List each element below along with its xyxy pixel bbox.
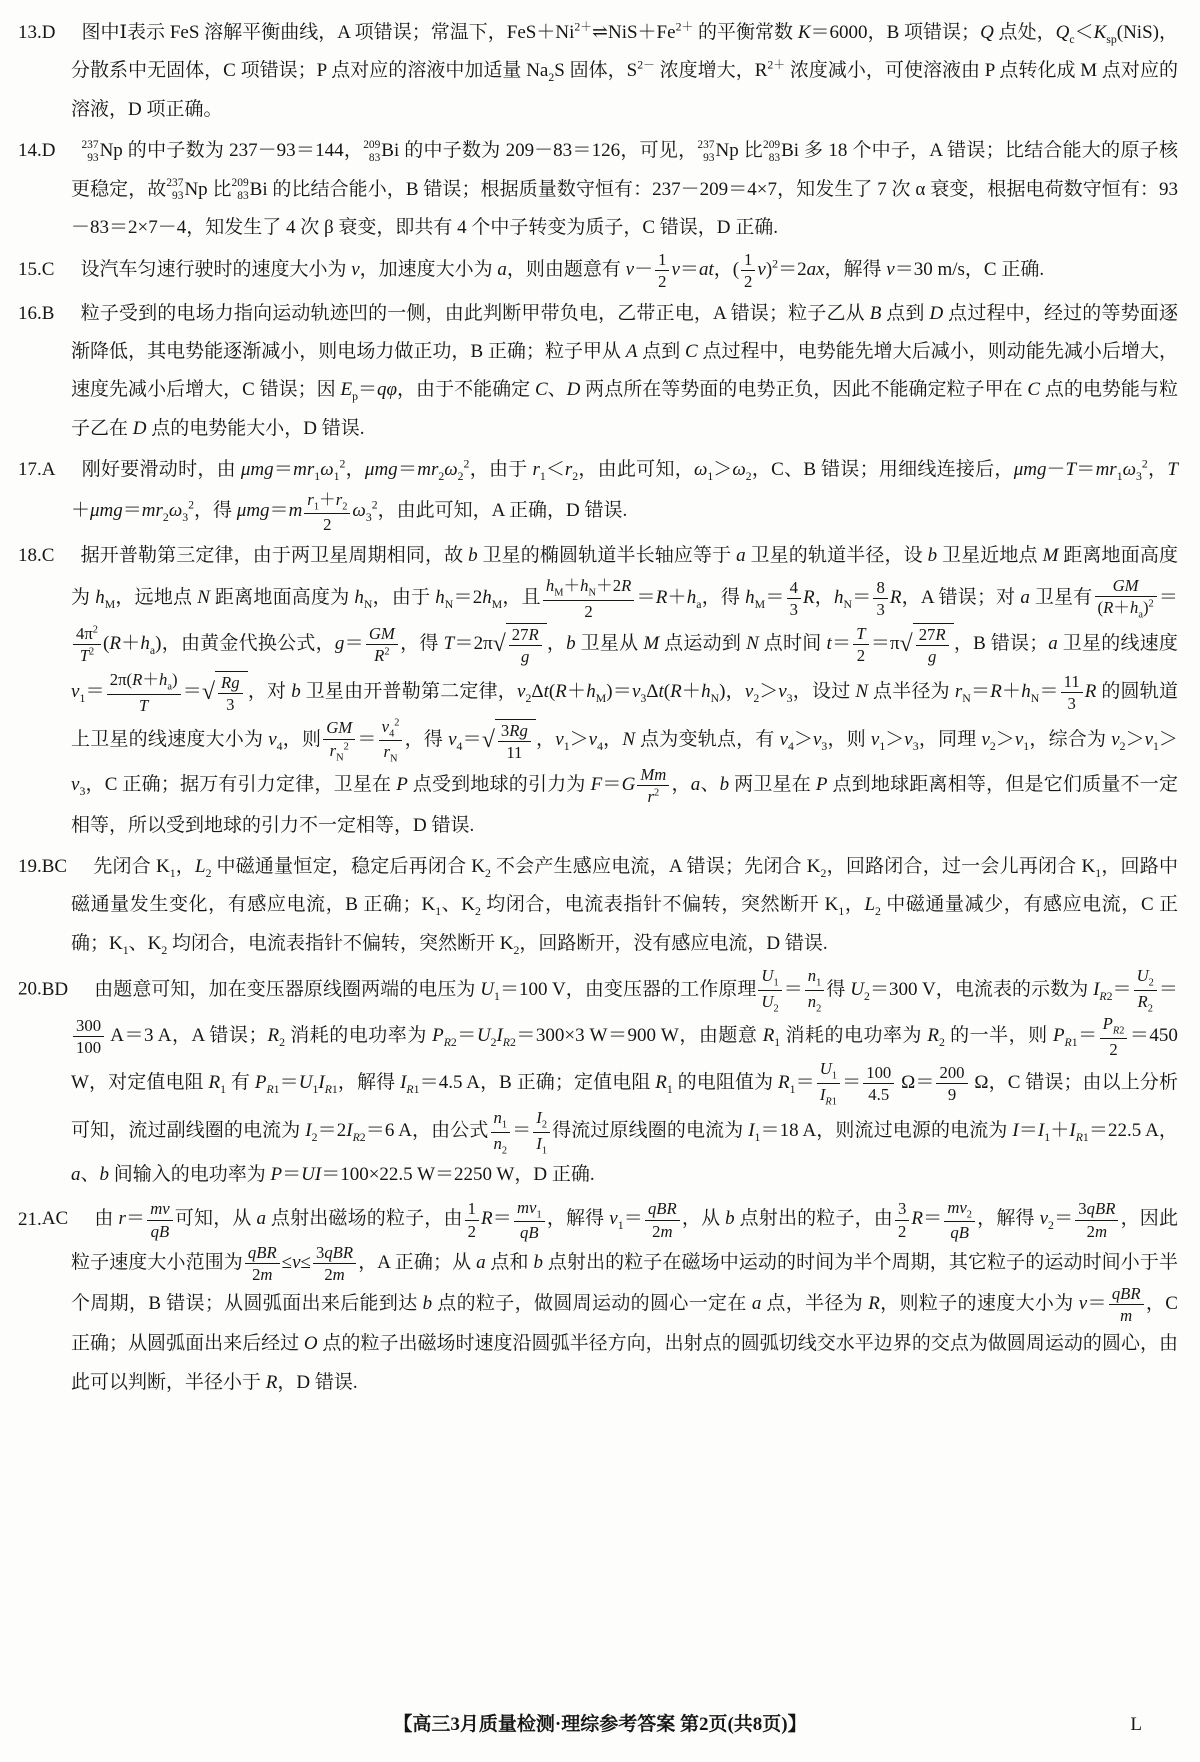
question-number: 14. [18, 140, 42, 161]
answer-explanation: 图中Ⅰ表示 FeS 溶解平衡曲线，A 项错误；常温下，FeS＋Ni2＋⇌NiS＋… [71, 22, 1178, 120]
answer-letter: D [42, 22, 56, 43]
answer-explanation: 据开普勒第三定律，由于两卫星周期相同，故 b 卫星的椭圆轨道半长轴应等于 a 卫… [71, 545, 1178, 835]
question-number: 19. [18, 856, 42, 877]
answer-item-15: 15.C设汽车匀速行驶时的速度大小为 v，加速度大小为 a，则由题意有 v－12… [18, 250, 1178, 291]
page-corner-mark: L [1130, 1714, 1142, 1736]
answer-explanation: 设汽车匀速行驶时的速度大小为 v，加速度大小为 a，则由题意有 v－12v＝at… [80, 259, 1044, 280]
answer-letter: C [42, 545, 55, 566]
question-number: 16. [18, 303, 42, 324]
question-number: 21. [18, 1208, 42, 1229]
answer-explanation: 粒子受到的电场力指向运动轨迹凹的一侧，由此判断甲带负电，乙带正电，A 错误；粒子… [71, 303, 1178, 439]
answer-explanation: 由 r＝mvqB可知，从 a 点射出磁场的粒子，由12R＝mv1qB，解得 v1… [71, 1208, 1178, 1392]
answer-explanation: 23793Np 的中子数为 237－93＝144，20983Bi 的中子数为 2… [71, 140, 1178, 238]
answers-list: 13.D图中Ⅰ表示 FeS 溶解平衡曲线，A 项错误；常温下，FeS＋Ni2＋⇌… [0, 0, 1200, 1402]
answer-letter: BD [42, 979, 68, 1000]
answer-letter: BC [42, 856, 67, 877]
answer-item-16: 16.B粒子受到的电场力指向运动轨迹凹的一侧，由此判断甲带负电，乙带正电，A 错… [18, 295, 1178, 449]
answer-item-13: 13.D图中Ⅰ表示 FeS 溶解平衡曲线，A 项错误；常温下，FeS＋Ni2＋⇌… [18, 14, 1178, 129]
answer-letter: AC [42, 1208, 68, 1229]
answer-item-21: 21.AC由 r＝mvqB可知，从 a 点射出磁场的粒子，由12R＝mv1qB，… [18, 1198, 1178, 1403]
answer-explanation: 由题意可知，加在变压器原线圈两端的电压为 U1＝100 V，由变压器的工作原理U… [71, 979, 1178, 1186]
answer-item-14: 14.D23793Np 的中子数为 237－93＝144，20983Bi 的中子… [18, 132, 1178, 247]
question-number: 17. [18, 459, 42, 480]
answer-item-18: 18.C据开普勒第三定律，由于两卫星周期相同，故 b 卫星的椭圆轨道半长轴应等于… [18, 537, 1178, 844]
answer-explanation: 刚好要滑动时，由 μmg＝mr1ω12，μmg＝mr2ω22，由于 r1＜r2，… [71, 459, 1178, 521]
answer-item-20: 20.BD由题意可知，加在变压器原线圈两端的电压为 U1＝100 V，由变压器的… [18, 966, 1178, 1195]
answer-item-19: 19.BC先闭合 K1，L2 中磁通量恒定，稳定后再闭合 K2 不会产生感应电流… [18, 848, 1178, 963]
question-number: 18. [18, 545, 42, 566]
answer-letter: D [42, 140, 56, 161]
answer-explanation: 先闭合 K1，L2 中磁通量恒定，稳定后再闭合 K2 不会产生感应电流，A 错误… [71, 856, 1178, 954]
question-number: 15. [18, 259, 42, 280]
answer-letter: A [42, 459, 56, 480]
answer-sheet-page: 13.D图中Ⅰ表示 FeS 溶解平衡曲线，A 项错误；常温下，FeS＋Ni2＋⇌… [0, 0, 1200, 1762]
page-footer: 【高三3月质量检测·理综参考答案 第2页(共8页)】 [0, 1709, 1200, 1736]
answer-letter: B [42, 303, 55, 324]
answer-letter: C [42, 259, 55, 280]
answer-item-17: 17.A刚好要滑动时，由 μmg＝mr1ω12，μmg＝mr2ω22，由于 r1… [18, 451, 1178, 534]
question-number: 13. [18, 22, 42, 43]
question-number: 20. [18, 979, 42, 1000]
